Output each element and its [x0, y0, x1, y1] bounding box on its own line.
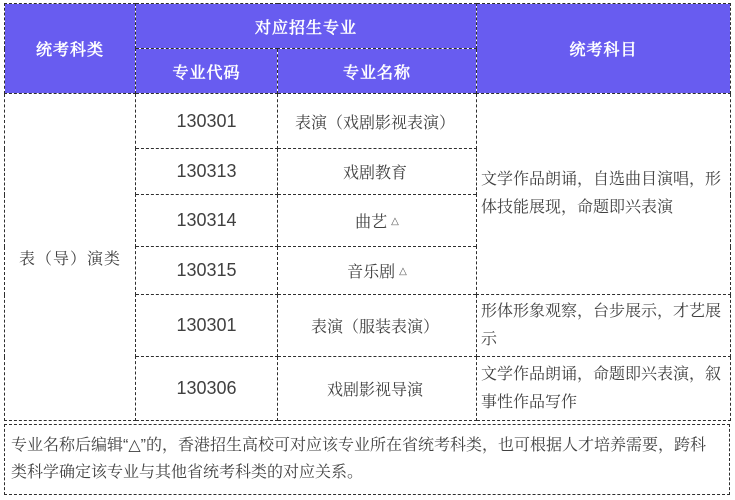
- major-name-text: 表演（戏剧影视表演）: [295, 115, 455, 132]
- major-code-cell: 130315: [136, 247, 278, 295]
- major-name-cell: 戏剧影视导演: [278, 357, 477, 421]
- header-exam-category: 统考科类: [5, 4, 136, 94]
- header-row-1: 统考科类 对应招生专业 统考科目: [5, 4, 731, 49]
- triangle-mark: △: [399, 266, 407, 277]
- major-name-cell: 音乐剧△: [278, 247, 477, 295]
- triangle-mark: △: [391, 216, 399, 227]
- subjects-cell: 文学作品朗诵，自选曲目演唱，形体技能展现，命题即兴表演: [477, 94, 731, 295]
- header-major-name: 专业名称: [278, 49, 477, 94]
- major-name-cell: 表演（戏剧影视表演）: [278, 94, 477, 149]
- subjects-cell: 文学作品朗诵，命题即兴表演，叙事性作品写作: [477, 357, 731, 421]
- major-name-text: 表演（服装表演）: [311, 319, 439, 336]
- major-name-cell: 曲艺△: [278, 195, 477, 247]
- major-name-text: 音乐剧: [347, 264, 395, 281]
- category-cell: 表（导）演类: [5, 94, 136, 421]
- major-name-cell: 戏剧教育: [278, 149, 477, 195]
- table-header: 统考科类 对应招生专业 统考科目 专业代码 专业名称: [5, 4, 731, 94]
- exam-majors-table: 统考科类 对应招生专业 统考科目 专业代码 专业名称 表（导）演类 130301…: [4, 3, 731, 421]
- major-code-cell: 130314: [136, 195, 278, 247]
- header-exam-subjects: 统考科目: [477, 4, 731, 94]
- major-code-cell: 130301: [136, 94, 278, 149]
- table-body: 表（导）演类 130301 表演（戏剧影视表演） 文学作品朗诵，自选曲目演唱，形…: [5, 94, 731, 421]
- footnote: 专业名称后编辑“△”的，香港招生高校可对应该专业所在省统考科类，也可根据人才培养…: [4, 424, 730, 495]
- major-code-cell: 130306: [136, 357, 278, 421]
- major-code-cell: 130313: [136, 149, 278, 195]
- header-majors-group: 对应招生专业: [136, 4, 477, 49]
- major-code-cell: 130301: [136, 295, 278, 357]
- major-name-text: 曲艺: [355, 214, 387, 231]
- major-name-cell: 表演（服装表演）: [278, 295, 477, 357]
- table-row: 表（导）演类 130301 表演（戏剧影视表演） 文学作品朗诵，自选曲目演唱，形…: [5, 94, 731, 149]
- subjects-cell: 形体形象观察，台步展示，才艺展示: [477, 295, 731, 357]
- major-name-text: 戏剧影视导演: [327, 382, 423, 399]
- page: 统考科类 对应招生专业 统考科目 专业代码 专业名称 表（导）演类 130301…: [0, 0, 735, 500]
- major-name-text: 戏剧教育: [343, 165, 407, 182]
- header-major-code: 专业代码: [136, 49, 278, 94]
